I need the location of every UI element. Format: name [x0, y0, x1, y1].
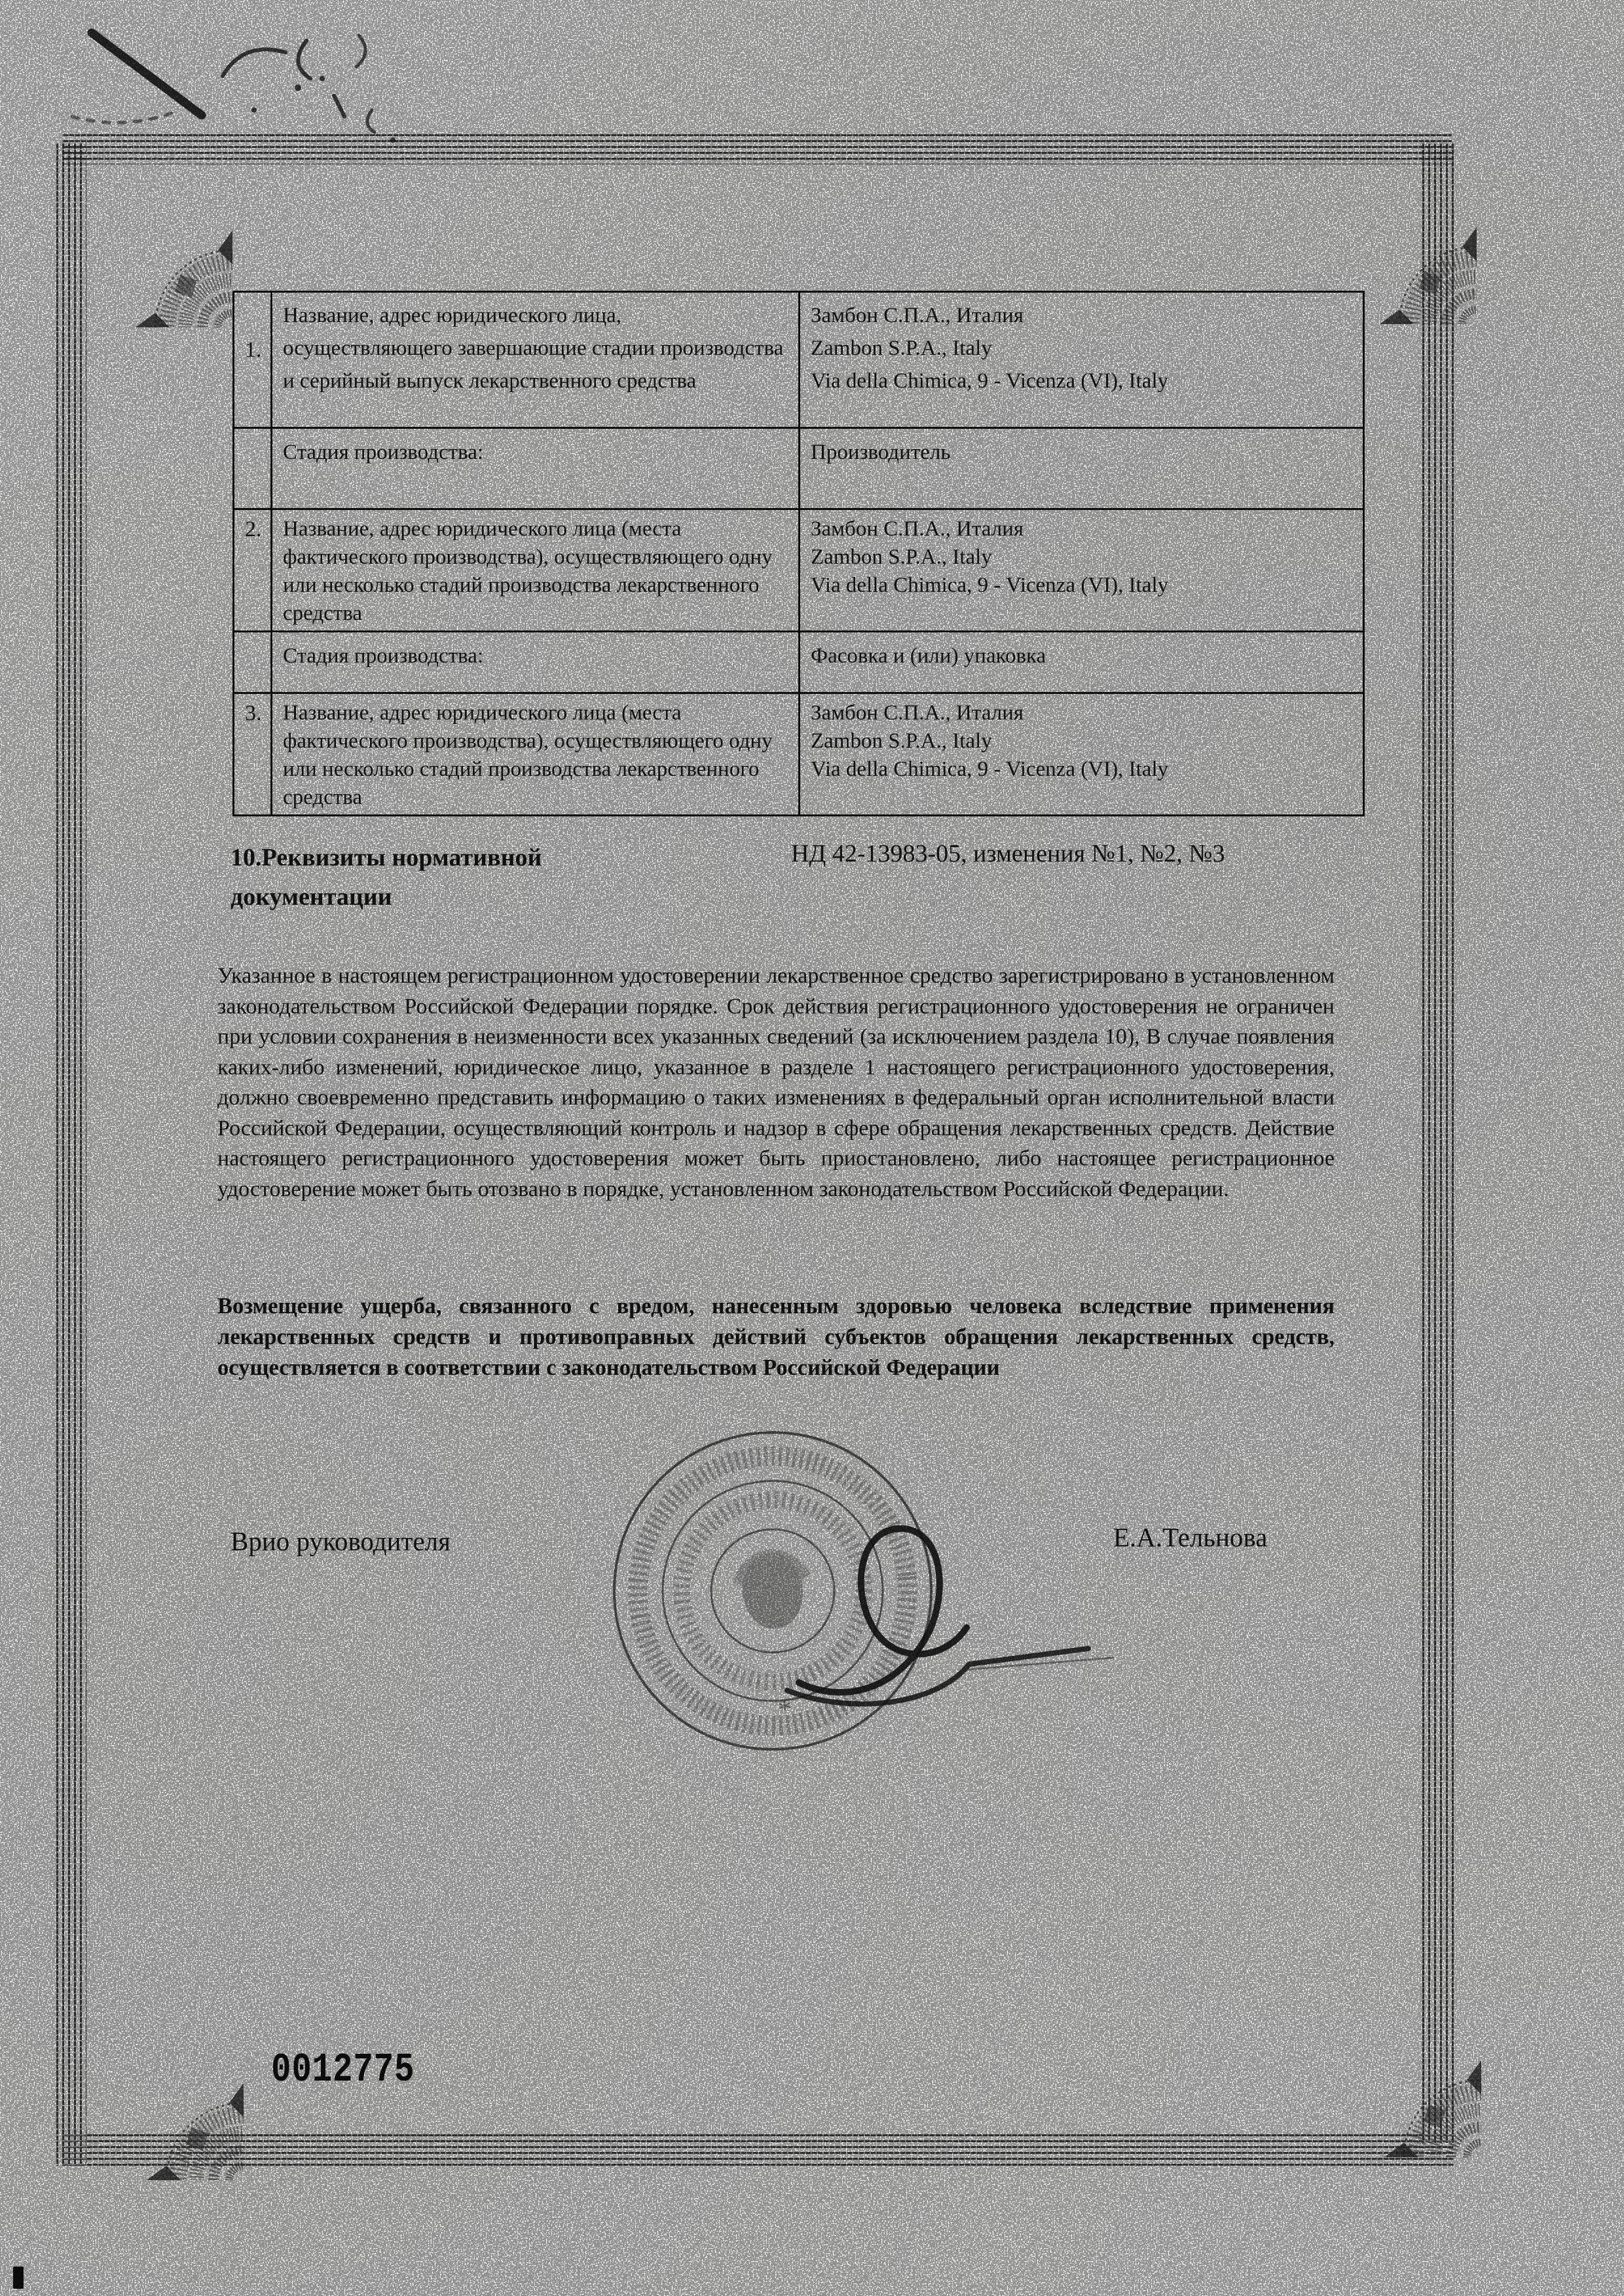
row-number-cell: 2.	[234, 509, 272, 632]
row-value-cell: Производитель	[800, 428, 1364, 509]
row-label-cell: Название, адрес юридического лица, осуще…	[272, 292, 800, 428]
table-row: 2. Название, адрес юридического лица (ме…	[234, 509, 1364, 632]
certificate-page: 1. Название, адрес юридического лица, ос…	[0, 0, 1624, 2296]
row-number-cell	[234, 428, 272, 509]
row-number-cell: 1.	[234, 292, 272, 428]
corner-rosette-icon	[1285, 1961, 1481, 2157]
section10-value: НД 42-13983-05, изменения №1, №2, №3	[791, 839, 1354, 868]
row-value-cell: Замбон С.П.А., Италия Zambon S.P.A., Ita…	[800, 509, 1364, 632]
table-row: 3. Название, адрес юридического лица (ме…	[234, 693, 1364, 816]
row-number-cell	[234, 632, 272, 693]
row-label-cell: Стадия производства:	[272, 632, 800, 693]
row-label-cell: Название, адрес юридического лица (места…	[272, 693, 800, 816]
border-band-bottom	[62, 2134, 1454, 2166]
liability-paragraph: Возмещение ущерба, связанного с вредом, …	[217, 1291, 1335, 1383]
signatory-title: Врио руководителя	[231, 1525, 451, 1557]
row-label-cell: Стадия производства:	[272, 428, 800, 509]
pen-scribble	[26, 12, 445, 189]
border-band-left	[56, 143, 86, 2166]
row-value-cell: Замбон С.П.А., Италия Zambon S.P.A., Ita…	[800, 292, 1364, 428]
row-number-cell: 3.	[234, 693, 272, 816]
border-band-right	[1422, 143, 1454, 2143]
table-row: Стадия производства: Производитель	[234, 428, 1364, 509]
signatory-name: Е.А.Тельнова	[1113, 1522, 1267, 1553]
row-label-cell: Название, адрес юридического лица (места…	[272, 509, 800, 632]
corner-rosette-icon	[47, 1984, 244, 2180]
serial-number: 0012775	[271, 2047, 415, 2093]
manufacturer-table: 1. Название, адрес юридического лица, ос…	[232, 291, 1365, 816]
row-value-cell: Замбон С.П.А., Италия Zambon S.P.A., Ita…	[800, 693, 1364, 816]
signature-scrawl	[787, 1529, 1113, 1704]
table-row: 1. Название, адрес юридического лица, ос…	[234, 292, 1364, 428]
section10-heading: 10.Реквизиты нормативной документации	[231, 838, 623, 917]
table-row: Стадия производства: Фасовка и (или) упа…	[234, 632, 1364, 693]
official-seal: *	[602, 1408, 1126, 1781]
scan-artifact-mark	[13, 2267, 24, 2289]
legal-paragraph: Указанное в настоящем регистрационном уд…	[217, 961, 1335, 1205]
row-value-cell: Фасовка и (или) упаковка	[800, 632, 1364, 693]
